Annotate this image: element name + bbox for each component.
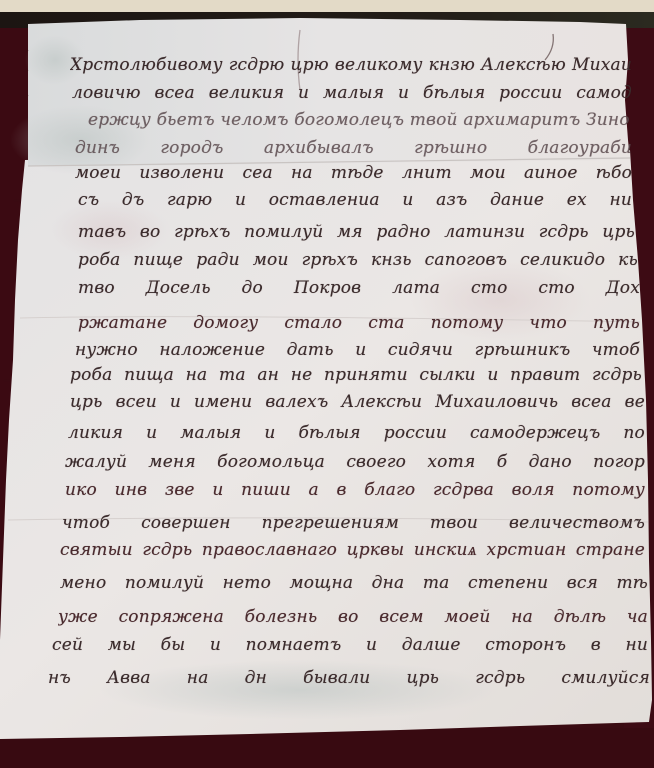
manuscript-line: Хрстолюбивому гсдрю црю великому кнзю Ал… — [70, 52, 632, 78]
manuscript-line: святыи гсдрь православнаго црквы инскиѧ … — [60, 537, 645, 563]
manuscript-line: роба пище ради мои грѣхъ кнзь сапоговъ с… — [78, 247, 638, 273]
manuscript-line: уже сопряжена болезнь во всем моей на дѣ… — [58, 604, 648, 630]
manuscript-line: ержцу бьетъ челомъ богомолецъ твой архим… — [88, 107, 632, 133]
manuscript-line: нужно наложение дать и сидячи грѣшникъ ч… — [75, 337, 640, 363]
manuscript-text: Хрстолюбивому гсдрю црю великому кнзю Ал… — [0, 0, 654, 768]
manuscript-line: ико инв зве и пиши а в благо гсдрва воля… — [65, 477, 645, 503]
manuscript-line: ржатане домогу стало ста потому что путь — [78, 310, 640, 336]
manuscript-line: жалуй меня богомольца своего хотя б дано… — [65, 449, 645, 475]
manuscript-line: динъ городъ архибывалъ грѣшно благоураби — [75, 135, 632, 161]
manuscript-line: нъ Авва на дн бывали црь гсдрь смилуйся — [48, 665, 650, 691]
manuscript-line: сей мы бы и помнаетъ и далше сторонъ в н… — [52, 632, 648, 658]
manuscript-line: црь всеи и имени валехъ Алексѣи Михаилов… — [70, 389, 645, 415]
manuscript-line: ловичю всеа великия и малыя и бѣлыя росс… — [72, 80, 632, 106]
manuscript-line: моеи изволени сеа на тѣде лнит мои аиное… — [75, 160, 632, 186]
manuscript-line: мено помилуй нето мощна дна та степени в… — [60, 570, 648, 596]
manuscript-line: тво Досель до Покров лата сто сто Дох — [78, 275, 640, 301]
manuscript-line: съ дъ гарю и оставлениа и азъ дание ех н… — [78, 187, 632, 213]
manuscript-line: тавъ во грѣхъ помилуй мя радно латинзи г… — [78, 219, 635, 245]
manuscript-line: роба пища на та ан не приняти сылки и пр… — [70, 362, 642, 388]
manuscript-line: ликия и малыя и бѣлыя россии самодержецъ… — [68, 420, 645, 446]
manuscript-line: чтоб совершен прегрешениям твои величест… — [62, 510, 645, 536]
